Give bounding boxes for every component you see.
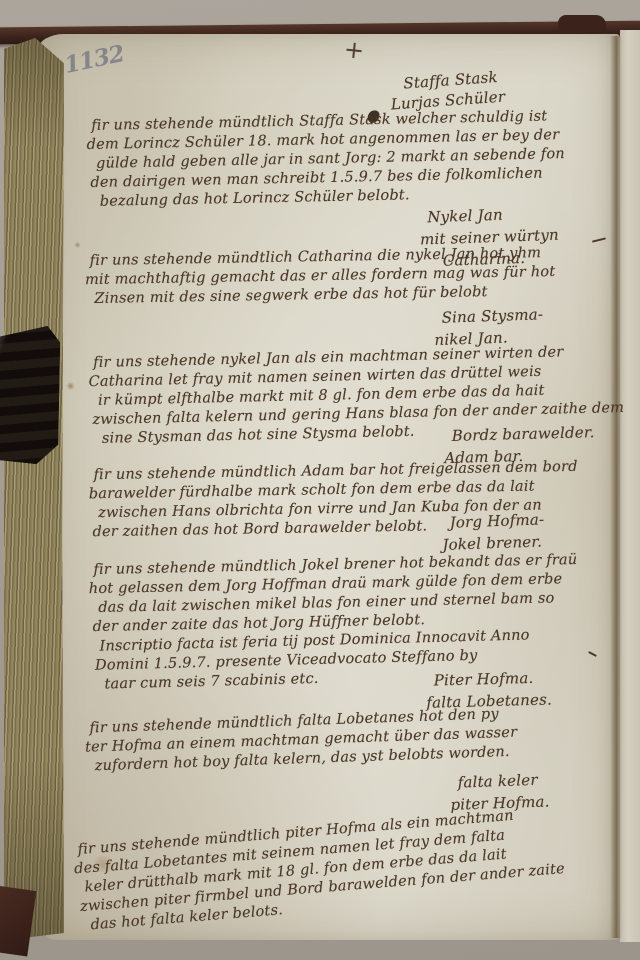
cross-mark: +	[343, 35, 366, 65]
signature-line: falta keler	[457, 768, 549, 793]
paper-stain	[66, 382, 75, 390]
facing-page-sliver	[620, 30, 640, 942]
page-stack-fore-edge	[4, 38, 64, 942]
leather-clasp	[0, 326, 60, 464]
entry-heading: Staffa Stask Lurjas Schüler	[403, 67, 506, 114]
book-cover-spine-bump	[558, 15, 606, 31]
book-cover-bottom-corner	[0, 886, 36, 957]
signature-line: Bordz barawelder.	[451, 421, 594, 447]
gutter-shadow	[610, 36, 622, 938]
signature-line: Piter Hofma.	[433, 666, 551, 691]
manuscript-photo: 1132 + Staffa Stask Lurjas Schüler fir u…	[0, 0, 640, 960]
signature-block: Jorg Hofma- Jokel brener.	[449, 508, 545, 555]
entry-paragraph: fir uns stehende mündtlich Jokel brener …	[93, 551, 578, 637]
entry-paragraph: fir uns stehende mündtlich Catharina die…	[90, 244, 556, 309]
entry-paragraph: fir uns stehende mündtlich Staffa Stask …	[91, 107, 566, 212]
signature-line: Sina Stysma-	[441, 303, 543, 329]
paper-stain	[74, 242, 81, 248]
